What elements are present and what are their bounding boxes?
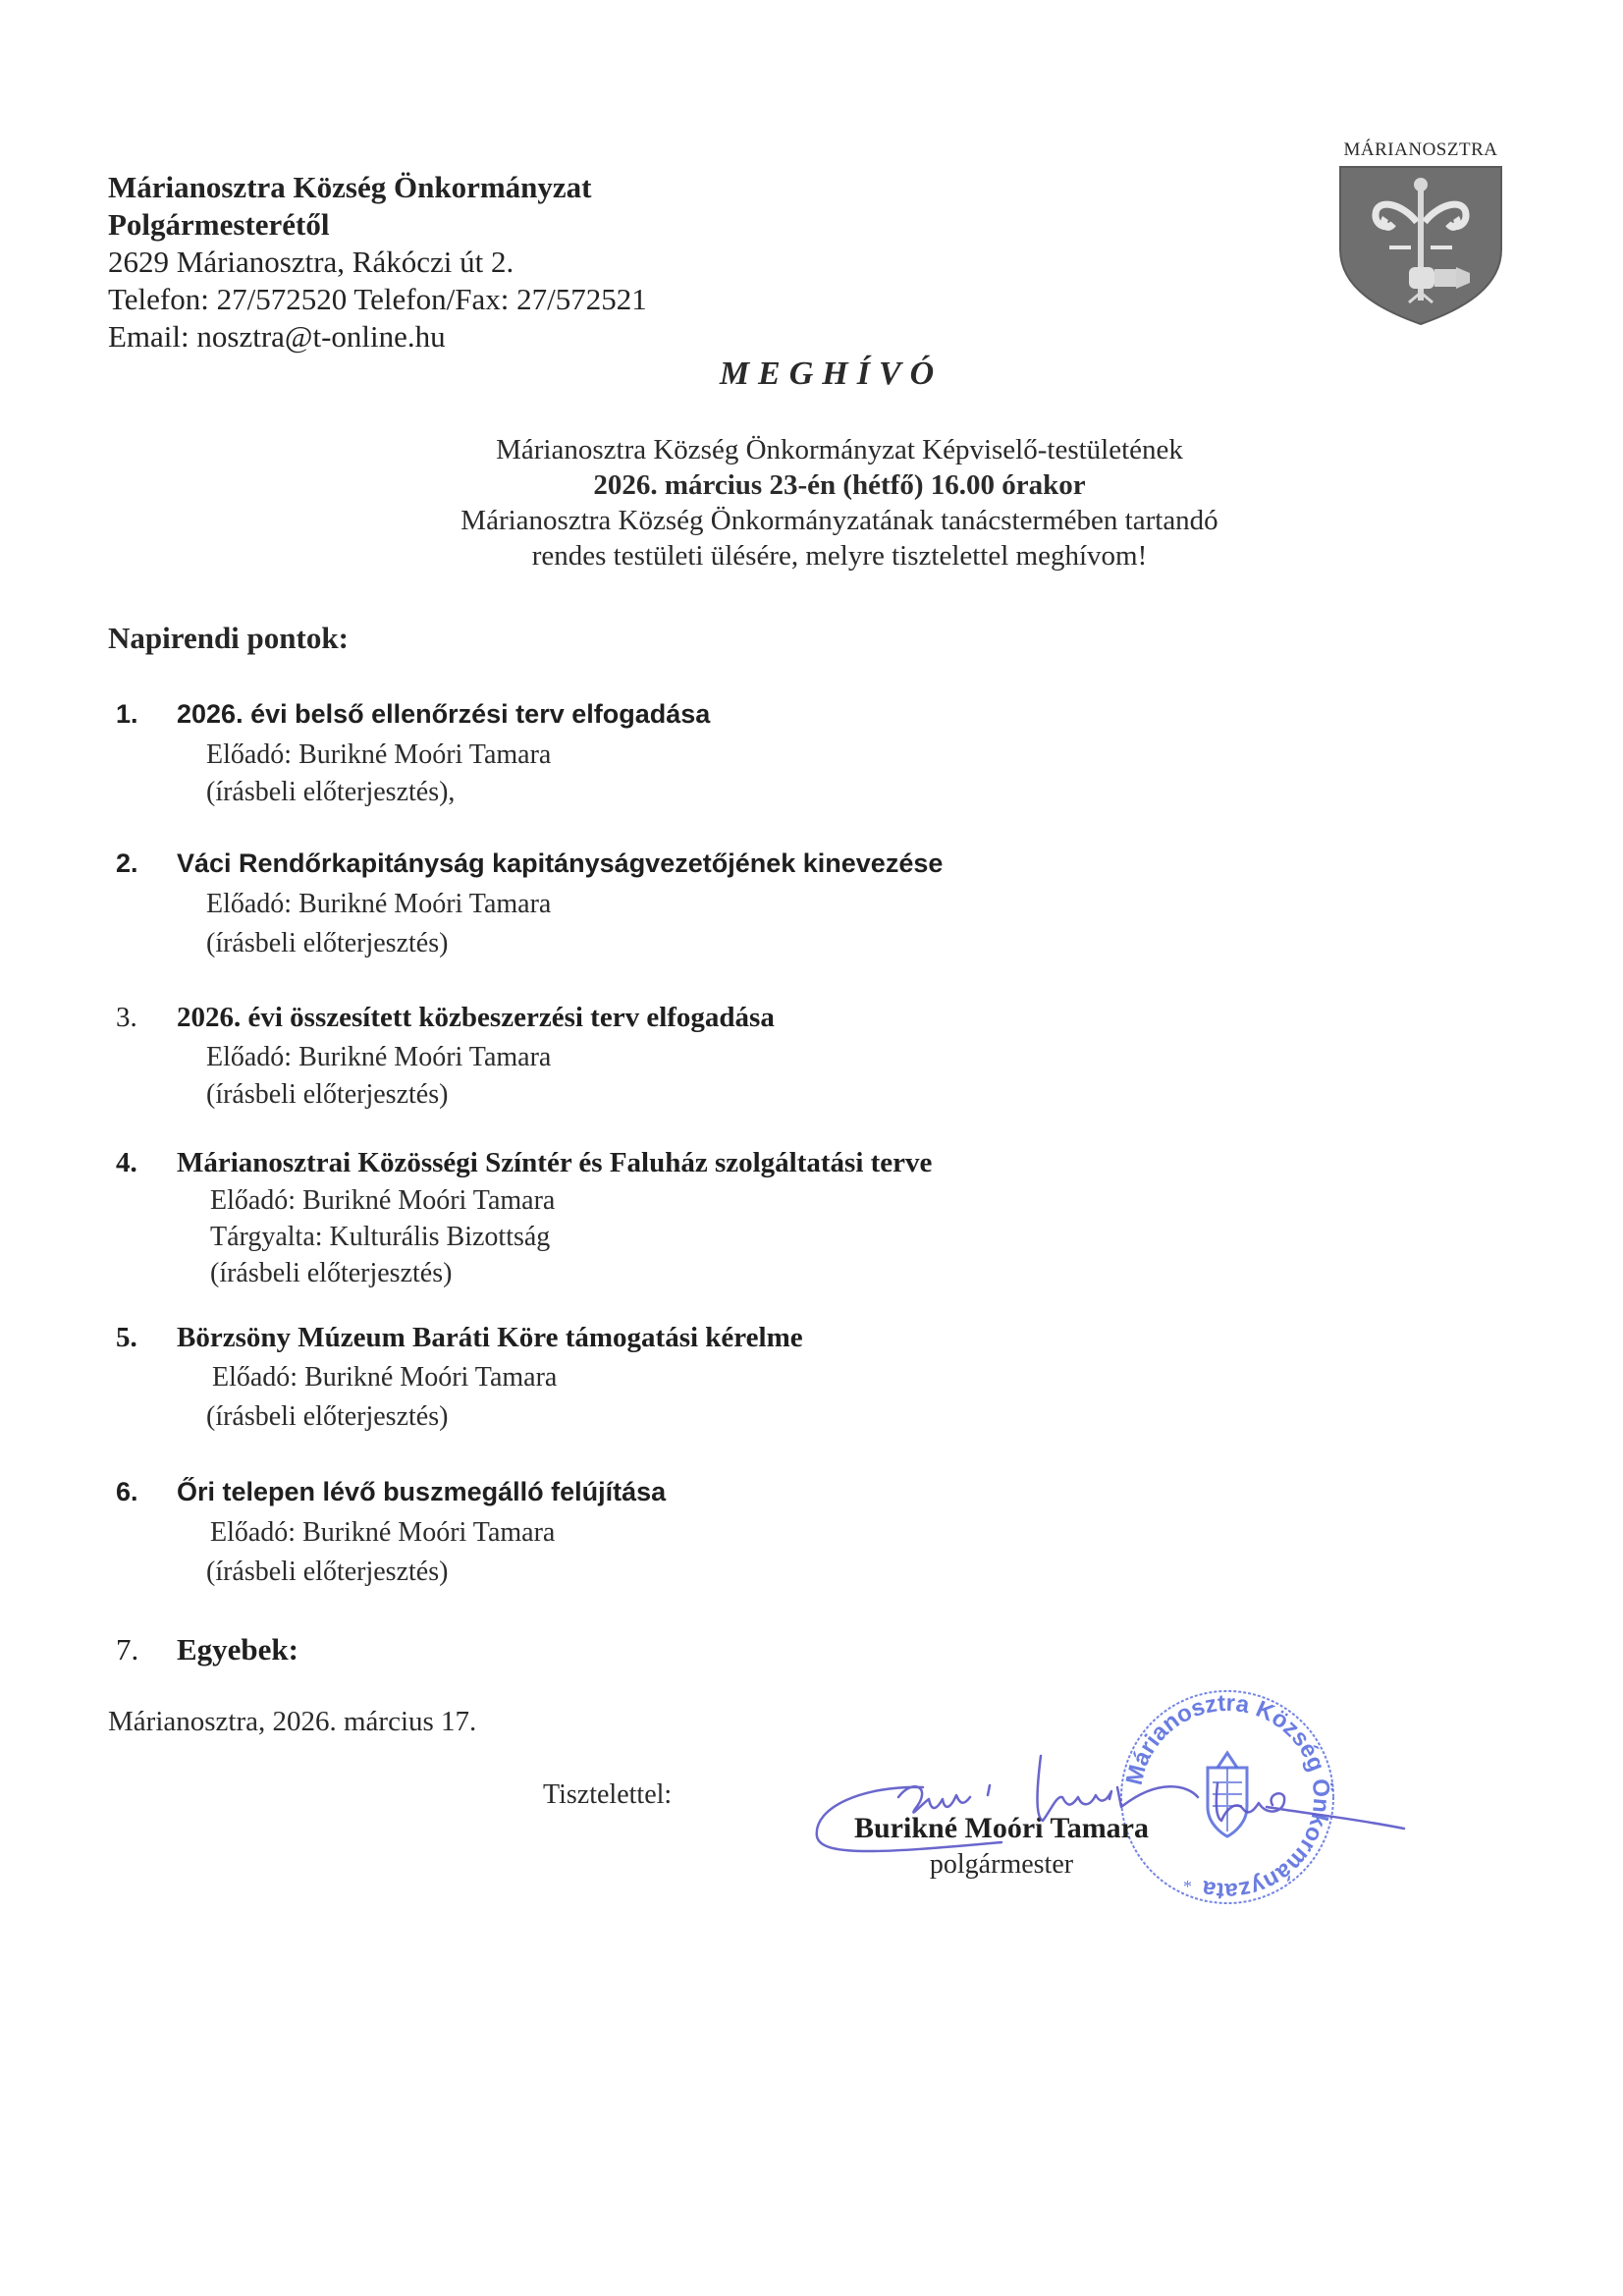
- item-title: Egyebek:: [177, 1632, 298, 1667]
- item-presenter: Előadó: Burikné Moóri Tamara: [210, 1514, 555, 1552]
- email: Email: nosztra@t-online.hu: [108, 318, 647, 355]
- item-title: Váci Rendőrkapitányság kapitányságvezető…: [177, 848, 943, 879]
- item-note: (írásbeli előterjesztés): [206, 925, 448, 962]
- phone-fax: Telefon: 27/572520 Telefon/Fax: 27/57252…: [108, 281, 647, 318]
- item-note: (írásbeli előterjesztés): [206, 1398, 448, 1436]
- item-note: (írásbeli előterjesztés): [210, 1255, 452, 1292]
- item-title: 2026. évi összesített közbeszerzési terv…: [177, 1002, 775, 1034]
- item-number: 4.: [116, 1147, 137, 1179]
- item-number: 2.: [116, 848, 138, 879]
- crest-label: MÁRIANOSZTRA: [1327, 139, 1514, 161]
- item-presenter: Előadó: Burikné Moóri Tamara: [206, 737, 551, 774]
- item-number: 6.: [116, 1477, 138, 1507]
- address: 2629 Márianosztra, Rákóczi út 2.: [108, 244, 647, 281]
- handwritten-signature-icon: [805, 1748, 1414, 1876]
- greeting: Tisztelettel:: [543, 1779, 672, 1811]
- invitation-line-4: rendes testületi ülésére, melyre tisztel…: [373, 538, 1306, 574]
- item-number: 3.: [116, 1002, 137, 1034]
- place-and-date: Márianosztra, 2026. március 17.: [108, 1706, 476, 1738]
- item-title: Márianosztrai Közösségi Színtér és Faluh…: [177, 1147, 932, 1179]
- item-presenter: Előadó: Burikné Moóri Tamara: [206, 886, 551, 923]
- item-committee: Tárgyalta: Kulturális Bizottság: [210, 1219, 550, 1256]
- item-title: Börzsöny Múzeum Baráti Köre támogatási k…: [177, 1322, 803, 1354]
- office-name: Polgármesterétől: [108, 206, 647, 244]
- document-title: MEGHÍVÓ: [0, 355, 1623, 393]
- item-note: (írásbeli előterjesztés): [206, 1076, 448, 1114]
- agenda-heading: Napirendi pontok:: [108, 621, 349, 656]
- item-note: (írásbeli előterjesztés),: [206, 774, 455, 811]
- org-name: Márianosztra Község Önkormányzat: [108, 169, 647, 206]
- item-presenter: Előadó: Burikné Moóri Tamara: [212, 1359, 557, 1396]
- invitation-line-3: Márianosztra Község Önkormányzatának tan…: [373, 503, 1306, 538]
- meeting-datetime: 2026. március 23-én (hétfő) 16.00 órakor: [373, 467, 1306, 503]
- coat-of-arms: MÁRIANOSZTRA: [1327, 139, 1514, 328]
- letterhead: Márianosztra Község Önkormányzat Polgárm…: [108, 169, 647, 355]
- item-number: 7.: [116, 1632, 138, 1667]
- item-number: 5.: [116, 1322, 137, 1354]
- coat-of-arms-icon: [1332, 163, 1509, 328]
- invitation-line-1: Márianosztra Község Önkormányzat Képvise…: [373, 432, 1306, 467]
- item-presenter: Előadó: Burikné Moóri Tamara: [206, 1039, 551, 1076]
- item-title: Őri telepen lévő buszmegálló felújítása: [177, 1477, 666, 1507]
- item-number: 1.: [116, 699, 138, 730]
- item-title: 2026. évi belső ellenőrzési terv elfogad…: [177, 699, 710, 730]
- item-note: (írásbeli előterjesztés): [206, 1554, 448, 1591]
- item-presenter: Előadó: Burikné Moóri Tamara: [210, 1182, 555, 1220]
- invitation-text: Márianosztra Község Önkormányzat Képvise…: [373, 432, 1306, 574]
